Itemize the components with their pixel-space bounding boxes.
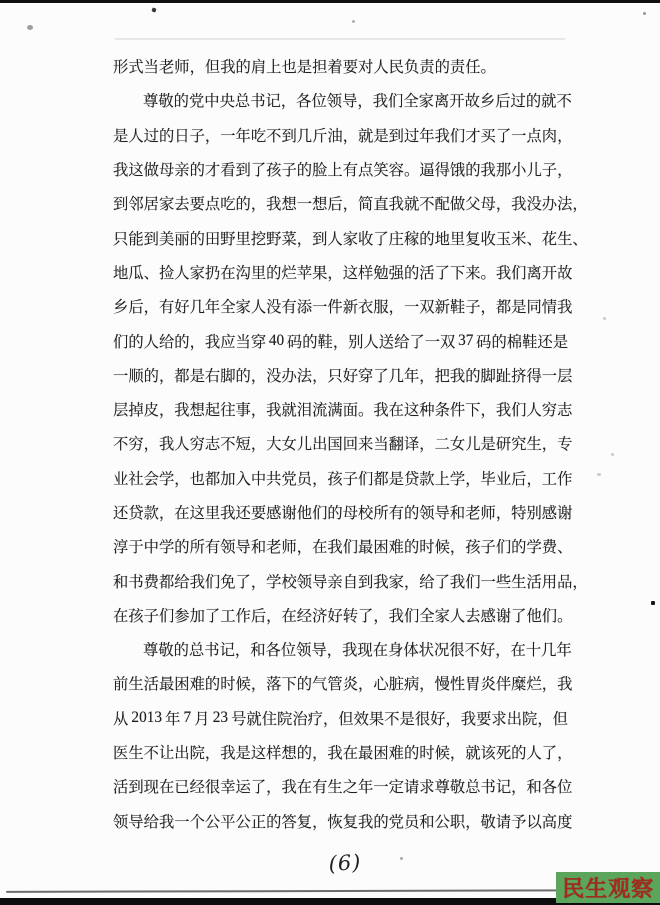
text-line: 们的人给的，我应当穿40码的鞋，别人送给了一双37码的棉鞋还是 — [113, 323, 568, 357]
text-line: 尊敬的党中央总书记，各位领导，我们全家离开故乡后过的就不 — [113, 83, 568, 117]
text-line: 淳于中学的所有领导和老师，在我们最困难的时候，孩子们的学费、 — [113, 529, 568, 563]
scan-speck — [611, 453, 614, 456]
text-line: 业社会学，也都加入中共党员，孩子们都是贷款上学，毕业后，工作 — [113, 461, 568, 495]
watermark-stamp: 民生观察 — [556, 872, 660, 903]
text-line: 我这做母亲的才看到了孩子的脸上有点笑容。逼得饿的我那小儿子， — [113, 152, 568, 186]
text-line: 是人过的日子，一年吃不到几斤油，就是到过年我们才买了一点肉， — [113, 118, 568, 152]
text-line: 到邻居家去要点吃的，我想一想后，简直我就不配做父母，我没办法， — [113, 186, 568, 220]
text-line: 前生活最困难的时候，落下的气管炎，心脏病，慢性胃炎伴糜烂，我 — [113, 666, 568, 700]
text-line: 还贷款，在这里我还要感谢他们的母校所有的领导和老师，特别感谢 — [113, 495, 568, 529]
text-line: 在孩子们参加了工作后，在经济好转了，我们全家人去感谢了他们。 — [113, 598, 568, 632]
scan-speck — [643, 12, 646, 15]
scan-speck — [597, 473, 601, 476]
scan-edge-top — [0, 0, 660, 3]
scan-speck — [352, 20, 355, 23]
text-line: 只能到美丽的田野里挖野菜，到人家收了庄稼的地里复收玉米、花生、 — [113, 220, 568, 254]
text-line: 医生不让出院，我是这样想的，我在最困难的时候，就该死的人了， — [113, 735, 568, 769]
letter-body-text: 形式当老师，但我的肩上也是担着要对人民负责的责任。尊敬的党中央总书记，各位领导，… — [113, 49, 568, 838]
text-line: 地瓜、捡人家扔在沟里的烂苹果，这样勉强的活了下来。我们离开故 — [113, 255, 568, 289]
text-line: 乡后，有好几年全家人没有添一件新衣服，一双新鞋子，都是同情我 — [113, 289, 568, 323]
text-line: 活到现在已经很幸运了，我在有生之年一定请求尊敬总书记，和各位 — [113, 769, 568, 803]
text-line: 层掉皮，我想起往事，我就泪流满面。我在这种条件下，我们人穷志 — [113, 392, 568, 426]
scan-speck — [151, 7, 156, 12]
scan-speck — [400, 857, 403, 860]
text-line: 尊敬的总书记，和各位领导，我现在身体状况很不好，在十几年 — [113, 632, 568, 666]
text-line: 从2013年7月23号就住院治疗，但效果不是很好，我要求出院，但 — [113, 701, 568, 735]
text-line: 领导给我一个公平公正的答复，恢复我的党员和公职，敬请予以高度 — [113, 804, 568, 838]
scan-speck — [603, 317, 606, 320]
text-line: 和书费都给我们免了，学校领导亲自到我家，给了我们一些生活用品， — [113, 563, 568, 597]
page-number: (6) — [319, 850, 370, 877]
text-line: 一顺的，都是右脚的，没办法，只好穿了几年，把我的脚趾挤得一层 — [113, 358, 568, 392]
scan-streak — [115, 38, 565, 40]
text-line: 形式当老师，但我的肩上也是担着要对人民负责的责任。 — [113, 49, 568, 83]
scanned-letter-page: 形式当老师，但我的肩上也是担着要对人民负责的责任。尊敬的党中央总书记，各位领导，… — [0, 0, 660, 905]
text-line: 不穷，我人穷志不短，大女儿出国回来当翻译，二女儿是研究生，专 — [113, 426, 568, 460]
scan-speck — [27, 25, 33, 30]
scan-speck — [651, 601, 655, 605]
